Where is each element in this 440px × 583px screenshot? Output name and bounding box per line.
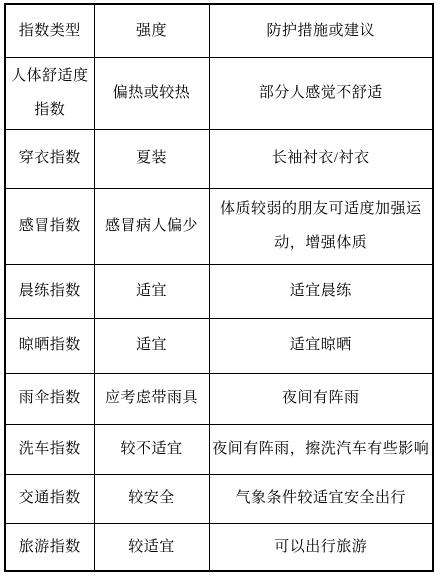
cell-advice: 气象条件较适宜安全出行 bbox=[209, 474, 433, 523]
table-row-travel: 旅游指数 较适宜 可以出行旅游 bbox=[5, 523, 433, 571]
cell-strength: 较适宜 bbox=[94, 523, 209, 571]
cell-index-type: 雨伞指数 bbox=[5, 373, 94, 424]
cell-advice: 适宜晾晒 bbox=[209, 318, 433, 373]
header-advice: 防护措施或建议 bbox=[209, 4, 433, 57]
cell-strength: 适宜 bbox=[94, 318, 209, 373]
header-index-type: 指数类型 bbox=[5, 4, 94, 57]
cell-advice: 长袖衬衣/衬衣 bbox=[209, 129, 433, 188]
header-strength: 强度 bbox=[94, 4, 209, 57]
cell-advice: 可以出行旅游 bbox=[209, 523, 433, 571]
cell-strength: 适宜 bbox=[94, 264, 209, 318]
table-row-morning-exercise: 晨练指数 适宜 适宜晨练 bbox=[5, 264, 433, 318]
cell-advice: 体质较弱的朋友可适度加强运 动，增强体质 bbox=[209, 188, 433, 264]
cell-index-type: 洗车指数 bbox=[5, 424, 94, 474]
cell-strength: 感冒病人偏少 bbox=[94, 188, 209, 264]
cell-advice: 适宜晨练 bbox=[209, 264, 433, 318]
cell-strength: 较安全 bbox=[94, 474, 209, 523]
cell-advice: 夜间有阵雨 bbox=[209, 373, 433, 424]
table-row-drying: 晾晒指数 适宜 适宜晾晒 bbox=[5, 318, 433, 373]
cell-index-type: 晨练指数 bbox=[5, 264, 94, 318]
cell-strength: 应考虑带雨具 bbox=[94, 373, 209, 424]
table-row-traffic: 交通指数 较安全 气象条件较适宜安全出行 bbox=[5, 474, 433, 523]
cell-index-type: 人体舒适度指数 bbox=[5, 57, 94, 129]
table-row-comfort: 人体舒适度指数 偏热或较热 部分人感觉不舒适 bbox=[5, 57, 433, 129]
weather-index-table: 指数类型 强度 防护措施或建议 人体舒适度指数 偏热或较热 部分人感觉不舒适 穿… bbox=[4, 3, 434, 572]
cell-index-type: 晾晒指数 bbox=[5, 318, 94, 373]
table-row-dressing: 穿衣指数 夏装 长袖衬衣/衬衣 bbox=[5, 129, 433, 188]
table-row-umbrella: 雨伞指数 应考虑带雨具 夜间有阵雨 bbox=[5, 373, 433, 424]
cell-strength: 较不适宜 bbox=[94, 424, 209, 474]
cell-strength: 偏热或较热 bbox=[94, 57, 209, 129]
cell-index-type: 感冒指数 bbox=[5, 188, 94, 264]
cell-index-type: 旅游指数 bbox=[5, 523, 94, 571]
cell-strength: 夏装 bbox=[94, 129, 209, 188]
table-row-cold: 感冒指数 感冒病人偏少 体质较弱的朋友可适度加强运 动，增强体质 bbox=[5, 188, 433, 264]
cell-advice: 夜间有阵雨，擦洗汽车有些影响 bbox=[209, 424, 433, 474]
cell-advice: 部分人感觉不舒适 bbox=[209, 57, 433, 129]
cell-index-type: 穿衣指数 bbox=[5, 129, 94, 188]
table-row-car-wash: 洗车指数 较不适宜 夜间有阵雨，擦洗汽车有些影响 bbox=[5, 424, 433, 474]
header-row: 指数类型 强度 防护措施或建议 bbox=[5, 4, 433, 57]
cell-index-type: 交通指数 bbox=[5, 474, 94, 523]
